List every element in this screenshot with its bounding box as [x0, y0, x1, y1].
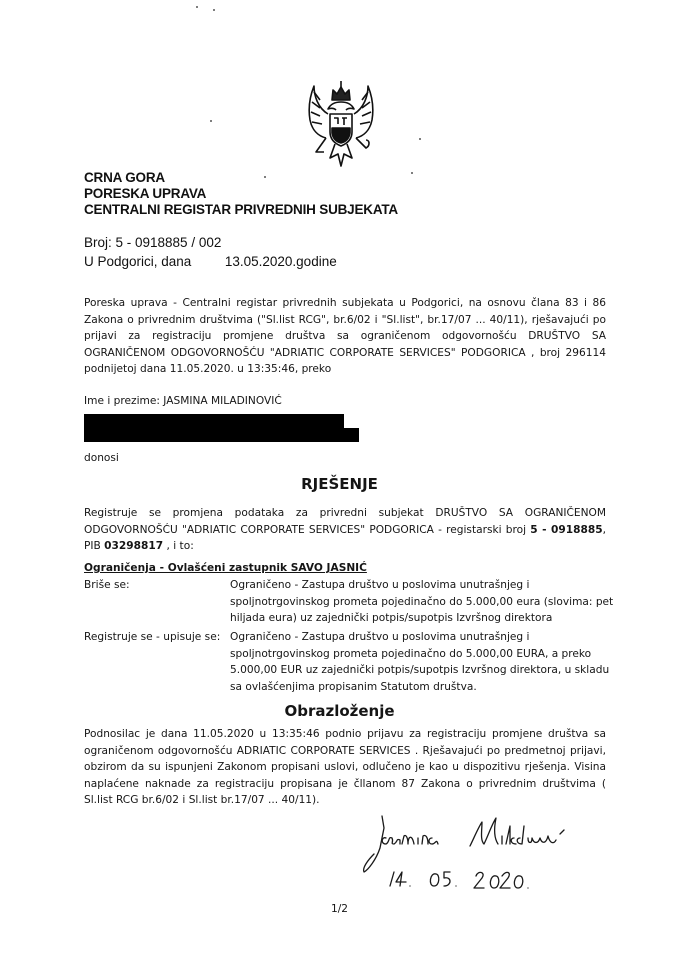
pib-number: 03298817 — [104, 540, 163, 552]
page-number: 1/2 — [0, 901, 679, 918]
scan-speck — [213, 9, 215, 11]
scan-speck — [196, 6, 198, 8]
scan-speck — [419, 138, 421, 140]
coat-of-arms-icon — [300, 78, 382, 170]
handwritten-signature: Jasmina Miladinović — [360, 808, 640, 898]
decision-text: Registruje se promjena podataka za privr… — [84, 507, 606, 536]
donosi-label: donosi — [84, 450, 119, 467]
place-date-line: U Podgorici, dana 13.05.2020.godine — [84, 254, 337, 270]
section-heading: Ograničenja - Ovlašćeni zastupnik SAVO J… — [84, 560, 367, 577]
registration-number: 5 - 0918885 — [530, 524, 602, 536]
header-registry: CENTRALNI REGISTAR PRIVREDNIH SUBJEKATA — [84, 202, 398, 218]
place-label: U Podgorici, dana — [84, 254, 191, 269]
entry-value: Ograničeno - Zastupa društvo u poslovima… — [230, 629, 614, 695]
entry-value: Ograničeno - Zastupa društvo u poslovima… — [230, 577, 614, 627]
entry-row-register: Registruje se - upisuje se: Ograničeno -… — [84, 629, 614, 695]
intro-paragraph: Poreska uprava - Centralni registar priv… — [84, 295, 606, 378]
issue-date: 13.05.2020.godine — [225, 254, 337, 269]
reasoning-paragraph: Podnosilac je dana 11.05.2020 u 13:35:46… — [84, 726, 606, 809]
scan-speck — [210, 120, 212, 122]
entry-label: Briše se: — [84, 577, 230, 627]
reasoning-title: Obrazloženje — [0, 703, 679, 720]
decision-suffix: , i to: — [163, 540, 194, 552]
document-number: Broj: 5 - 0918885 / 002 — [84, 235, 221, 251]
redacted-block — [84, 428, 359, 442]
decision-title: RJEŠENJE — [0, 476, 679, 493]
header-country: CRNA GORA — [84, 170, 165, 186]
applicant-name: Ime i prezime: JASMINA MILADINOVIĆ — [84, 393, 282, 410]
entry-label: Registruje se - upisuje se: — [84, 629, 230, 695]
scan-speck — [411, 172, 413, 174]
header-authority: PORESKA UPRAVA — [84, 186, 206, 202]
entry-row-delete: Briše se: Ograničeno - Zastupa društvo u… — [84, 577, 614, 627]
decision-paragraph: Registruje se promjena podataka za privr… — [84, 505, 606, 555]
scan-speck — [264, 176, 266, 178]
